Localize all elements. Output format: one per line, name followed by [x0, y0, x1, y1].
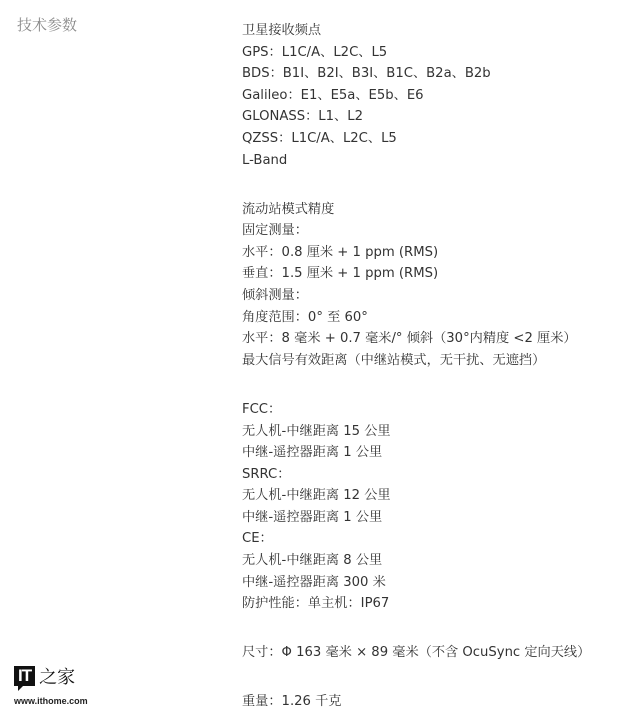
satellite-frequencies-block: 卫星接收频点 GPS：L1C/A、L2C、L5 BDS：B1I、B2I、B3I、…: [242, 20, 632, 171]
logo-url: www.ithome.com: [14, 696, 104, 706]
spec-line: 倾斜测量：: [242, 285, 632, 307]
logo-cn-text: 之家: [39, 663, 75, 689]
spec-line: 流动站模式精度: [242, 199, 632, 221]
ithome-watermark: IT 之家 www.ithome.com: [14, 663, 104, 706]
spec-line: QZSS：L1C/A、L2C、L5: [242, 128, 632, 150]
it-logo-icon: IT: [14, 666, 35, 686]
ithome-logo: IT 之家: [14, 663, 104, 689]
section-label: 技术参数: [17, 14, 77, 35]
spec-line: SRRC：: [242, 464, 632, 486]
spec-line: GPS：L1C/A、L2C、L5: [242, 42, 632, 64]
spec-line: L-Band: [242, 150, 632, 172]
spec-line: 防护性能：单主机：IP67: [242, 593, 632, 615]
spec-line: FCC：: [242, 399, 632, 421]
spec-line: 固定测量：: [242, 220, 632, 242]
dimensions-block: 尺寸：Φ 163 毫米 × 89 毫米（不含 OcuSync 定向天线）: [242, 642, 632, 664]
signal-range-block: FCC： 无人机-中继距离 15 公里 中继-遥控器距离 1 公里 SRRC： …: [242, 399, 632, 615]
spec-content: 卫星接收频点 GPS：L1C/A、L2C、L5 BDS：B1I、B2I、B3I、…: [242, 20, 632, 713]
spec-line: 角度范围：0° 至 60°: [242, 307, 632, 329]
spec-line: CE：: [242, 528, 632, 550]
spec-line: 无人机-中继距离 8 公里: [242, 550, 632, 572]
spec-line: Galileo：E1、E5a、E5b、E6: [242, 85, 632, 107]
rover-accuracy-block: 流动站模式精度 固定测量： 水平：0.8 厘米 + 1 ppm (RMS) 垂直…: [242, 199, 632, 372]
spec-line: 无人机-中继距离 15 公里: [242, 421, 632, 443]
spec-line: 中继-遥控器距离 1 公里: [242, 507, 632, 529]
spec-line: 最大信号有效距离（中继站模式，无干扰、无遮挡）: [242, 350, 632, 372]
spec-line: 中继-遥控器距离 1 公里: [242, 442, 632, 464]
spec-line: 中继-遥控器距离 300 米: [242, 572, 632, 594]
spec-line: BDS：B1I、B2I、B3I、B1C、B2a、B2b: [242, 63, 632, 85]
spec-line: 尺寸：Φ 163 毫米 × 89 毫米（不含 OcuSync 定向天线）: [242, 642, 632, 664]
spec-line: 垂直：1.5 厘米 + 1 ppm (RMS): [242, 263, 632, 285]
weight-block: 重量：1.26 千克: [242, 691, 632, 713]
spec-line: 无人机-中继距离 12 公里: [242, 485, 632, 507]
spec-line: GLONASS：L1、L2: [242, 106, 632, 128]
spec-line: 卫星接收频点: [242, 20, 632, 42]
spec-line: 水平：0.8 厘米 + 1 ppm (RMS): [242, 242, 632, 264]
spec-line: 重量：1.26 千克: [242, 691, 632, 713]
spec-line: 水平：8 毫米 + 0.7 毫米/° 倾斜（30°内精度 <2 厘米）: [242, 328, 632, 350]
